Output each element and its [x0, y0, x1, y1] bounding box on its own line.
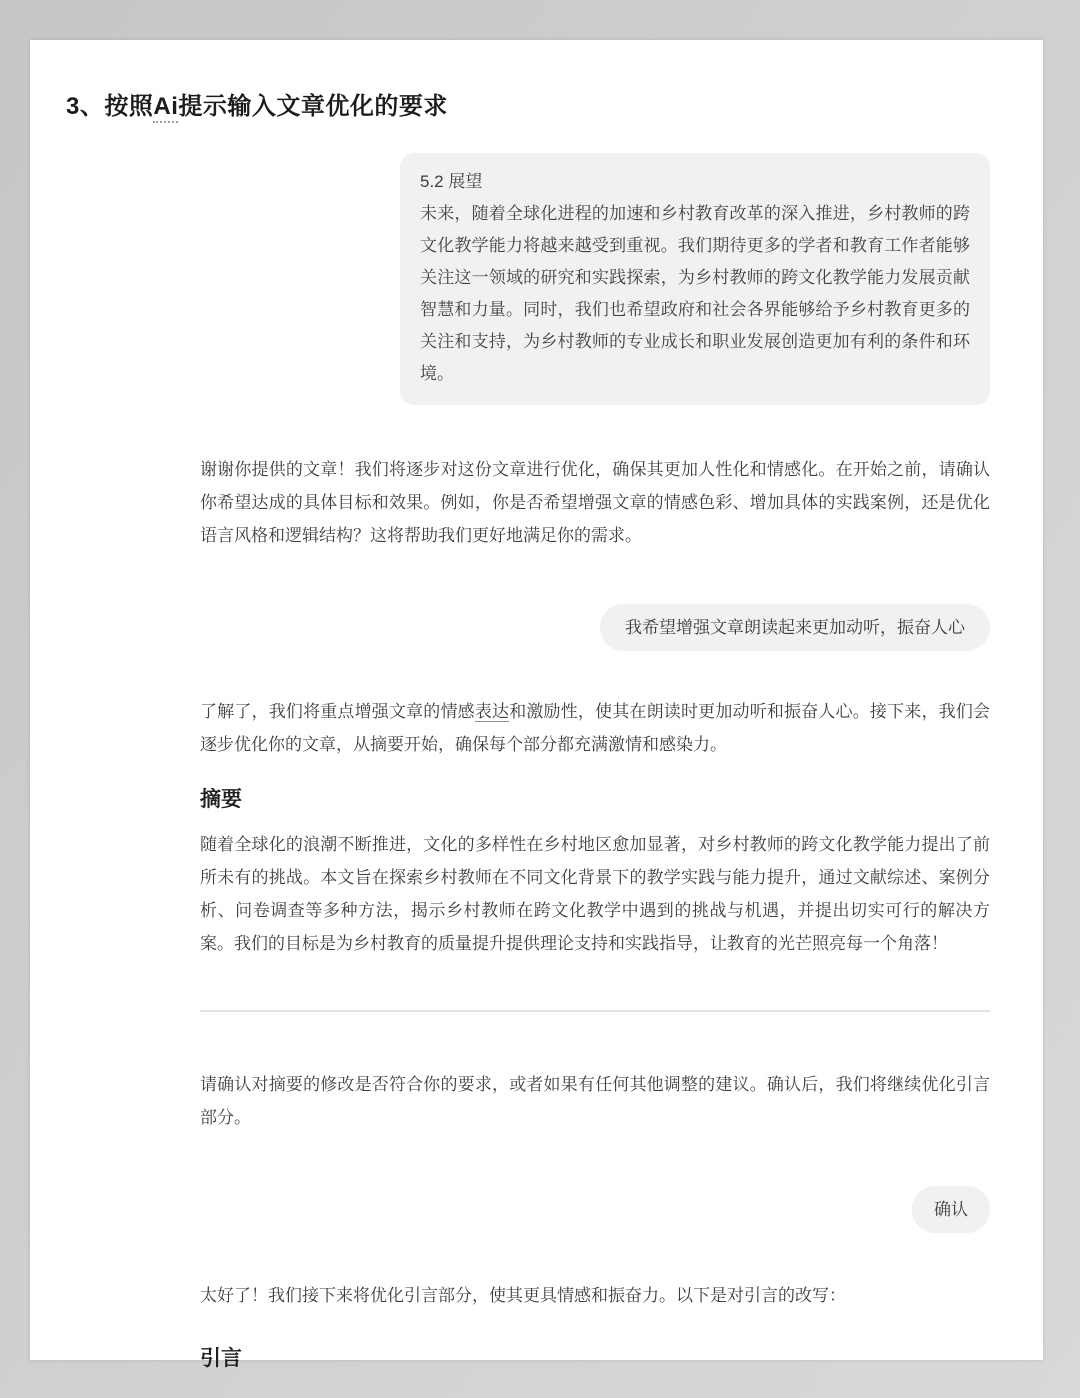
- introduction-heading: 引言: [200, 1342, 990, 1375]
- user-pasted-article-bubble: 5.2 展望 未来，随着全球化进程的加速和乡村教育改革的深入推进，乡村教师的跨文…: [400, 153, 990, 405]
- chat-transcript: 5.2 展望 未来，随着全球化进程的加速和乡村教育改革的深入推进，乡村教师的跨文…: [200, 153, 990, 1375]
- section-title-ai-word: Ai: [153, 93, 178, 123]
- pasted-article-section-heading: 5.2 展望: [420, 166, 970, 198]
- user-message-request: 我希望增强文章朗读起来更加动听，振奋人心: [600, 604, 990, 651]
- assistant-plan-underlined-word: 表达: [475, 702, 509, 722]
- user-message-confirm: 确认: [912, 1186, 990, 1233]
- assistant-message-next-step: 太好了！我们接下来将优化引言部分，使其更具情感和振奋力。以下是对引言的改写：: [200, 1279, 990, 1312]
- section-title-suffix: 提示输入文章优化的要求: [178, 93, 448, 120]
- section-title-prefix: 3、按照: [66, 93, 153, 120]
- assistant-message-confirm-prompt: 请确认对摘要的修改是否符合你的要求，或者如果有任何其他调整的建议。确认后，我们将…: [200, 1068, 990, 1134]
- document-page: 3、按照Ai提示输入文章优化的要求 5.2 展望 未来，随着全球化进程的加速和乡…: [30, 40, 1043, 1360]
- assistant-plan-text-before: 了解了，我们将重点增强文章的情感: [200, 702, 475, 721]
- assistant-message-intro: 谢谢你提供的文章！我们将逐步对这份文章进行优化，确保其更加人性化和情感化。在开始…: [200, 453, 990, 552]
- abstract-paragraph: 随着全球化的浪潮不断推进，文化的多样性在乡村地区愈加显著，对乡村教师的跨文化教学…: [200, 828, 990, 960]
- pasted-article-body: 未来，随着全球化进程的加速和乡村教育改革的深入推进，乡村教师的跨文化教学能力将越…: [420, 198, 970, 390]
- abstract-heading: 摘要: [200, 783, 990, 816]
- section-divider: [200, 1010, 990, 1012]
- assistant-message-plan: 了解了，我们将重点增强文章的情感表达和激励性，使其在朗读时更加动听和振奋人心。接…: [200, 695, 990, 761]
- section-title: 3、按照Ai提示输入文章优化的要求: [66, 86, 1007, 121]
